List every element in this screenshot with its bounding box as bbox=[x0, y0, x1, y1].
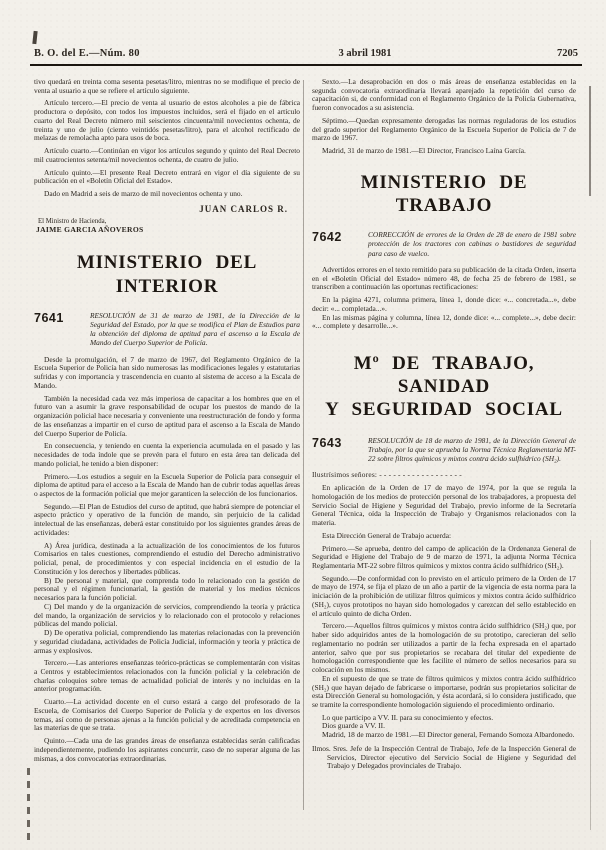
paragraph: Desde la promulgación, el 7 de marzo de … bbox=[34, 356, 300, 391]
paragraph: Madrid, 31 de marzo de 1981.—El Director… bbox=[312, 147, 576, 156]
gazette-page: B. O. del E.—Núm. 80 3 abril 1981 7205 t… bbox=[0, 0, 606, 850]
paragraph: B) De personal y material, que comprenda… bbox=[34, 577, 300, 603]
paragraph: En el supuesto de que se trate de filtro… bbox=[312, 675, 576, 710]
ministry-heading-interior: MINISTERIO DEL INTERIOR bbox=[34, 251, 300, 297]
paragraph: Primero.—Los estudios a seguir en la Esc… bbox=[34, 473, 300, 499]
left-column: tivo quedará en treinta coma sesenta pes… bbox=[34, 78, 300, 767]
item-summary: RESOLUCIÓN de 31 de marzo de 1981, de la… bbox=[90, 311, 300, 348]
item-number: 7643 bbox=[312, 436, 368, 464]
header-rule bbox=[30, 64, 582, 66]
page-number: 7205 bbox=[557, 48, 578, 59]
right-column: Sexto.—La desaprobación en dos o más áre… bbox=[312, 78, 576, 775]
paragraph: Advertidos errores en el texto remitido … bbox=[312, 266, 576, 292]
paragraph: Séptimo.—Quedan expresamente derogadas l… bbox=[312, 117, 576, 143]
minister-name: JAIME GARCIA AÑOVEROS bbox=[36, 226, 300, 235]
paragraph: Artículo cuarto.—Continúan en vigor los … bbox=[34, 147, 300, 164]
ministry-heading-trabajo: MINISTERIO DE TRABAJO bbox=[312, 171, 576, 217]
paragraph: Esta Dirección General de Trabajo acuerd… bbox=[312, 532, 576, 541]
paragraph: Artículo quinto.—El presente Real Decret… bbox=[34, 169, 300, 186]
gazette-item-7642: 7642 CORRECCIÓN de errores de la Orden d… bbox=[312, 230, 576, 258]
gazette-item-7641: 7641 RESOLUCIÓN de 31 de marzo de 1981, … bbox=[34, 311, 300, 348]
paragraph: Primero.—Se aprueba, dentro del campo de… bbox=[312, 545, 576, 571]
paragraph: En las mismas página y columna, línea 12… bbox=[312, 314, 576, 331]
gazette-date: 3 abril 1981 bbox=[295, 48, 435, 59]
gazette-issue-label: B. O. del E.—Núm. 80 bbox=[34, 48, 140, 59]
paragraph: Artículo tercero.—El precio de venta al … bbox=[34, 99, 300, 143]
paragraph: C) Del mando y de la organización de ser… bbox=[34, 603, 300, 629]
item-number: 7641 bbox=[34, 311, 90, 348]
paragraph: Segundo.—El Plan de Estudios del curso d… bbox=[34, 503, 300, 538]
scan-artifact bbox=[32, 31, 37, 44]
column-divider bbox=[303, 80, 304, 810]
paragraph: Tercero.—Las anteriores enseñanzas teóri… bbox=[34, 659, 300, 694]
paragraph: A) Área jurídica, destinada a la actuali… bbox=[34, 542, 300, 577]
paragraph: Quinto.—Cada una de las grandes áreas de… bbox=[34, 737, 300, 763]
paragraph: Cuarto.—La actividad docente en el curso… bbox=[34, 698, 300, 733]
paragraph: Segundo.—De conformidad con lo previsto … bbox=[312, 575, 576, 619]
paragraph: En aplicación de la Orden de 17 de mayo … bbox=[312, 484, 576, 528]
royal-signature: JUAN CARLOS R. bbox=[34, 204, 288, 215]
item-summary: RESOLUCIÓN de 18 de marzo de 1981, de la… bbox=[368, 436, 576, 464]
item-number: 7642 bbox=[312, 230, 368, 258]
paragraph: En consecuencia, y teniendo en cuenta la… bbox=[34, 442, 300, 468]
heading-line-2: Y SEGURIDAD SOCIAL bbox=[312, 398, 576, 421]
item-summary: CORRECCIÓN de errores de la Orden de 28 … bbox=[368, 230, 576, 258]
scan-artifact bbox=[590, 540, 591, 830]
paragraph: Dado en Madrid a seis de marzo de mil no… bbox=[34, 190, 300, 199]
paragraph: En la página 4271, columna primera, líne… bbox=[312, 296, 576, 313]
addressees-block: Ilmos. Sres. Jefe de la Inspección Centr… bbox=[312, 745, 576, 771]
paragraph: También la necesidad cada vez más imperi… bbox=[34, 395, 300, 439]
paragraph: Tercero.—Aquellos filtros químicos y mix… bbox=[312, 622, 576, 674]
ministry-heading-trabajo-sanidad: Mº DE TRABAJO, SANIDAD Y SEGURIDAD SOCIA… bbox=[312, 352, 576, 422]
paragraph: D) De operativa policial, comprendiendo … bbox=[34, 629, 300, 655]
heading-line-1: Mº DE TRABAJO, SANIDAD bbox=[312, 352, 576, 398]
paragraph: tivo quedará en treinta coma sesenta pes… bbox=[34, 78, 300, 95]
paragraph: Sexto.—La desaprobación en dos o más áre… bbox=[312, 78, 576, 113]
scan-artifact bbox=[589, 86, 591, 196]
gazette-item-7643: 7643 RESOLUCIÓN de 18 de marzo de 1981, … bbox=[312, 436, 576, 464]
paragraph: Madrid, 18 de marzo de 1981.—El Director… bbox=[312, 731, 576, 740]
scan-artifact bbox=[27, 768, 30, 846]
salutation-line: Ilustrísimos señores: - - - - - - - - - … bbox=[312, 471, 576, 480]
